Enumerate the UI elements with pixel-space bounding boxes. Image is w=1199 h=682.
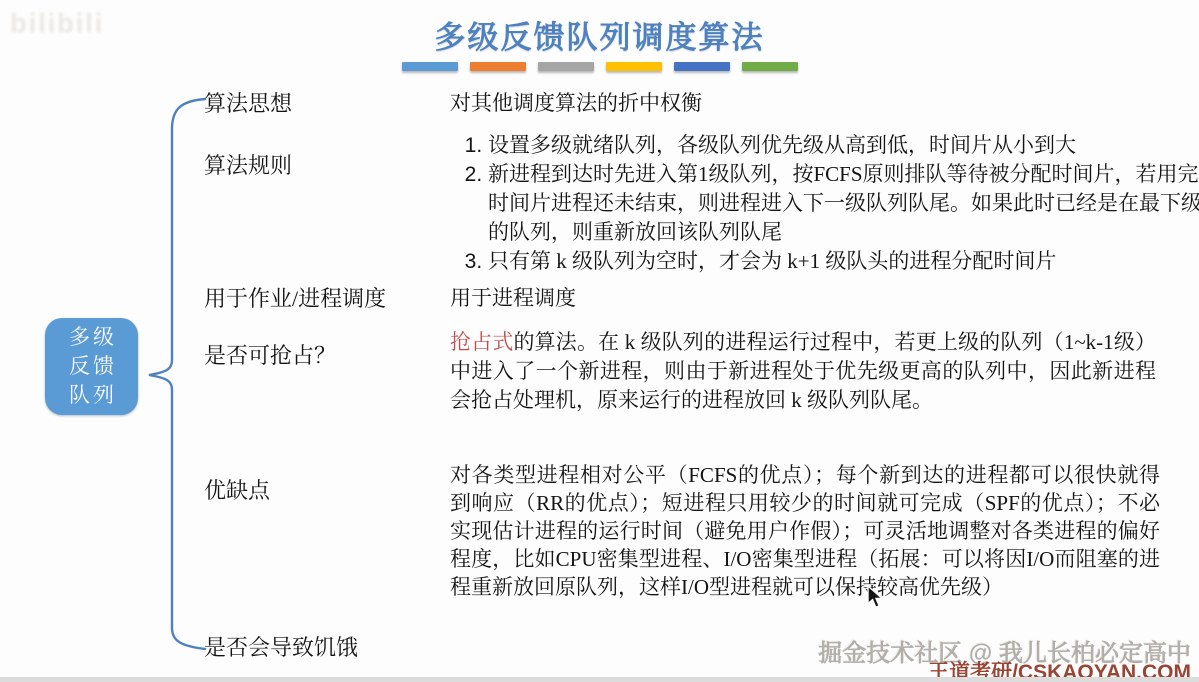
mindmap-root-node: 多级 反馈 队列	[45, 318, 138, 415]
mouse-cursor-icon	[866, 585, 886, 611]
content-algorithm-idea: 对其他调度算法的折中权衡	[450, 87, 702, 117]
title-underline-bars	[402, 62, 798, 71]
brace-connector	[135, 85, 215, 670]
root-node-line-3: 队列	[66, 381, 117, 410]
branch-label-algorithm-idea: 算法思想	[204, 87, 292, 118]
branch-label-pros-cons: 优缺点	[204, 474, 270, 505]
content-pros-cons: 对各类型进程相对公平（FCFS的优点）；每个新到达的进程都可以很快就得到响应（R…	[450, 461, 1160, 601]
underline-bar-gold	[606, 62, 662, 71]
underline-bar-orange	[470, 62, 526, 71]
branch-label-preemptive: 是否可抢占？	[204, 339, 336, 370]
branch-label-algorithm-rules: 算法规则	[204, 149, 292, 180]
underline-bar-blue	[402, 62, 458, 71]
rule-item-2: 新进程到达时先进入第1级队列，按FCFS原则排队等待被分配时间片，若用完时间片进…	[488, 160, 1199, 247]
content-algorithm-rules: 设置多级就绪队列，各级队列优先级从高到低，时间片从小到大 新进程到达时先进入第1…	[450, 131, 1199, 276]
underline-bar-darkblue	[674, 62, 730, 71]
root-node-line-1: 多级	[66, 323, 117, 352]
content-preemptive: 抢占式的算法。在 k 级队列的进程运行过程中，若更上级的队列（1~k-1级）中进…	[450, 328, 1156, 415]
preemptive-text: 的算法。在 k 级队列的进程运行过程中，若更上级的队列（1~k-1级）中进入了一…	[450, 330, 1156, 412]
rule-item-1: 设置多级就绪队列，各级队列优先级从高到低，时间片从小到大	[488, 131, 1199, 160]
rule-item-2-text: 新进程到达时先进入第1级队列，按FCFS原则排队等待被分配时间片，若用完时间片进…	[488, 162, 1199, 244]
branch-label-starvation: 是否会导致饥饿	[204, 631, 358, 662]
underline-bar-green	[742, 62, 798, 71]
slide: bilibili 多级反馈队列调度算法 多级 反馈 队列 算法思想 算法规则 用…	[0, 0, 1199, 682]
rule-item-1-text: 设置多级就绪队列，各级队列优先级从高到低，时间片从小到大	[488, 133, 1076, 157]
content-scheduling-use: 用于进程调度	[450, 282, 576, 312]
branch-label-scheduling-use: 用于作业/进程调度	[204, 282, 386, 313]
underline-bar-gray	[538, 62, 594, 71]
rule-item-3: 只有第 k 级队列为空时，才会为 k+1 级队头的进程分配时间片	[488, 247, 1199, 276]
bottom-edge-strip	[0, 677, 1199, 682]
rule-item-3-text: 只有第 k 级队列为空时，才会为 k+1 级队头的进程分配时间片	[488, 249, 1056, 273]
preemptive-highlight: 抢占式	[450, 330, 513, 354]
page-title: 多级反馈队列调度算法	[0, 12, 1199, 57]
root-node-line-2: 反馈	[66, 352, 117, 381]
